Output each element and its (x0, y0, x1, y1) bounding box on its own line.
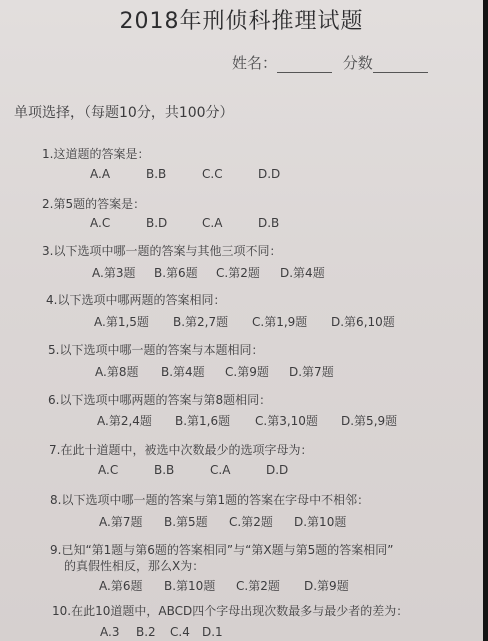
option-a[interactable]: A.C (98, 463, 154, 477)
option-c[interactable]: C.第1,9题 (252, 313, 331, 330)
question-6-options: A.第2,4题B.第1,6题C.第3,10题D.第5,9题 (97, 412, 397, 429)
option-a[interactable]: A.第6题 (99, 577, 164, 594)
name-blank[interactable] (277, 58, 332, 73)
option-b[interactable]: B.第1,6题 (175, 412, 255, 429)
option-c[interactable]: C.A (202, 216, 258, 230)
option-c[interactable]: C.第3,10题 (255, 412, 341, 429)
option-b[interactable]: B.第2,7题 (173, 313, 252, 330)
question-9-line2: 的真假性相反，那么X为： (64, 557, 204, 574)
option-a[interactable]: A.第8题 (95, 363, 161, 380)
question-10: 10.在此10道题中，ABCD四个字母出现次数最多与最少者的差为： (52, 602, 408, 619)
exam-title: 2018年刑侦科推理试题 (0, 4, 483, 35)
option-d[interactable]: D.D (266, 463, 288, 477)
option-b[interactable]: B.第5题 (164, 513, 229, 530)
option-b[interactable]: B.第4题 (161, 363, 225, 380)
question-4: 4.以下选项中哪两题的答案相同： (46, 291, 225, 308)
exam-paper: 2018年刑侦科推理试题 姓名： 分数 单项选择，（每题10分，共100分） 1… (0, 0, 483, 641)
option-a[interactable]: A.第1,5题 (94, 313, 173, 330)
question-10-options: A.3B.2C.4D.1 (100, 625, 223, 639)
option-a[interactable]: A.第3题 (92, 264, 154, 281)
option-b[interactable]: B.第10题 (164, 577, 236, 594)
question-9-options: A.第6题B.第10题C.第2题D.第9题 (99, 577, 349, 594)
question-9: 9.已知“第1题与第6题的答案相同”与“第X题与第5题的答案相同” (50, 541, 393, 558)
option-a[interactable]: A.3 (100, 625, 136, 639)
photo-dark-edge (483, 0, 488, 641)
option-a[interactable]: A.第7题 (99, 513, 164, 530)
question-4-options: A.第1,5题B.第2,7题C.第1,9题D.第6,10题 (94, 313, 395, 330)
option-a[interactable]: A.A (90, 167, 146, 181)
option-b[interactable]: B.D (146, 216, 202, 230)
option-b[interactable]: B.第6题 (154, 264, 216, 281)
question-2-options: A.CB.DC.AD.B (90, 216, 279, 230)
option-d[interactable]: D.第4题 (280, 264, 325, 281)
question-8: 8.以下选项中哪一题的答案与第1题的答案在字母中不相邻： (50, 491, 369, 508)
question-1-options: A.AB.BC.CD.D (90, 167, 280, 181)
question-2: 2.第5题的答案是： (42, 195, 145, 212)
option-b[interactable]: B.2 (136, 625, 170, 639)
question-5-options: A.第8题B.第4题C.第9题D.第7题 (95, 363, 334, 380)
option-c[interactable]: C.C (202, 167, 258, 181)
option-a[interactable]: A.C (90, 216, 146, 230)
score-label: 分数 (343, 54, 373, 72)
name-score-row: 姓名： 分数 (232, 52, 428, 73)
option-c[interactable]: C.第2题 (216, 264, 280, 281)
question-7: 7.在此十道题中，被选中次数最少的选项字母为： (49, 441, 312, 458)
question-3-options: A.第3题B.第6题C.第2题D.第4题 (92, 264, 325, 281)
option-c[interactable]: C.4 (170, 625, 202, 639)
question-6: 6.以下选项中哪两题的答案与第8题相同： (48, 391, 271, 408)
option-b[interactable]: B.B (154, 463, 210, 477)
option-c[interactable]: C.第9题 (225, 363, 289, 380)
option-b[interactable]: B.B (146, 167, 202, 181)
name-label: 姓名： (232, 54, 277, 72)
question-1: 1.这道题的答案是： (42, 145, 149, 162)
option-d[interactable]: D.1 (202, 625, 223, 639)
section-heading: 单项选择，（每题10分，共100分） (14, 102, 234, 122)
option-d[interactable]: D.第7题 (289, 363, 334, 380)
score-blank[interactable] (373, 58, 428, 73)
option-d[interactable]: D.第5,9题 (341, 412, 397, 429)
option-d[interactable]: D.第6,10题 (331, 313, 395, 330)
question-8-options: A.第7题B.第5题C.第2题D.第10题 (99, 513, 346, 530)
option-c[interactable]: C.第2题 (229, 513, 294, 530)
option-c[interactable]: C.第2题 (236, 577, 304, 594)
option-d[interactable]: D.D (258, 167, 280, 181)
option-d[interactable]: D.第9题 (304, 577, 349, 594)
option-d[interactable]: D.B (258, 216, 279, 230)
option-c[interactable]: C.A (210, 463, 266, 477)
option-d[interactable]: D.第10题 (294, 513, 346, 530)
question-3: 3.以下选项中哪一题的答案与其他三项不同： (42, 242, 281, 259)
question-5: 5.以下选项中哪一题的答案与本题相同： (48, 341, 263, 358)
option-a[interactable]: A.第2,4题 (97, 412, 175, 429)
question-7-options: A.CB.BC.AD.D (98, 463, 288, 477)
